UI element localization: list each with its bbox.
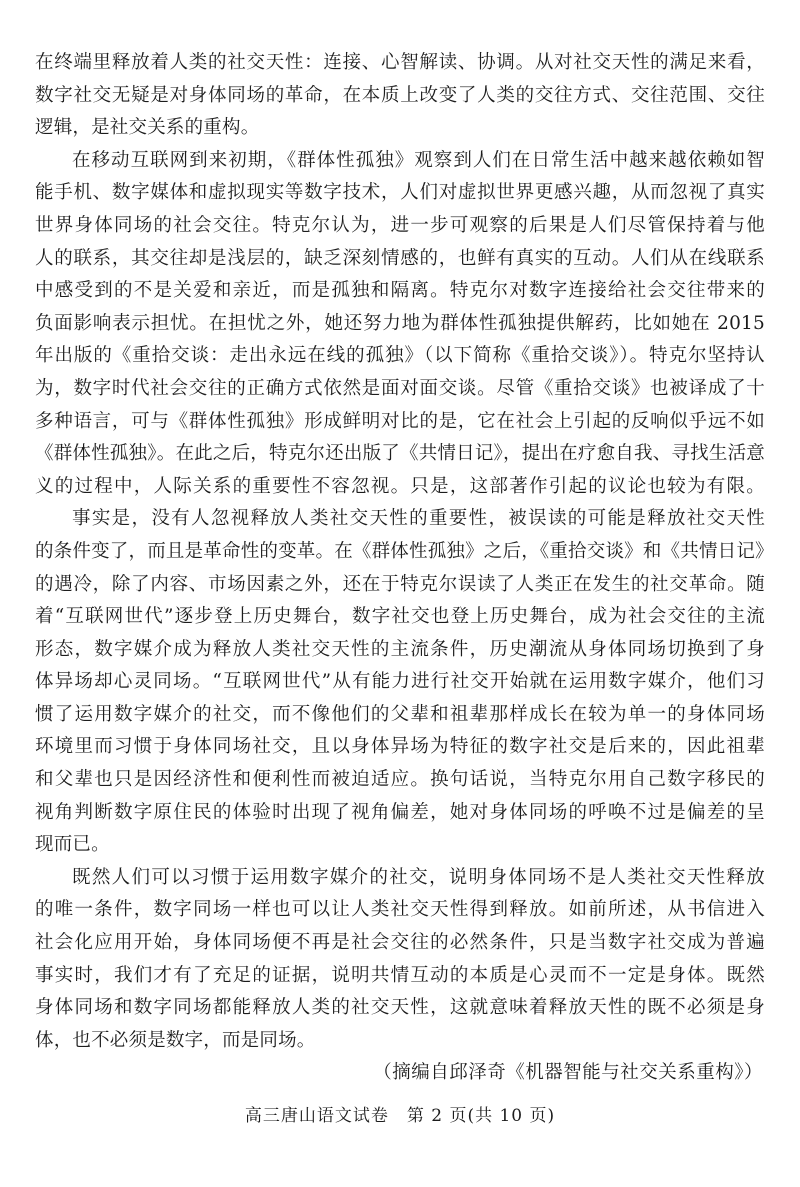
page-footer: 高三唐山语文试卷第 2 页(共 10 页) bbox=[0, 1101, 800, 1126]
text-line: 体异场却心灵同场。“互联网世代”从有能力进行社交开始就在运用数字媒介，他们习 bbox=[35, 666, 765, 699]
text-line: 数字社交无疑是对身体同场的革命，在本质上改变了人类的交往方式、交往范围、交往 bbox=[35, 80, 765, 113]
text-line: 既然人们可以习惯于运用数字媒介的社交，说明身体同场不是人类社交天性释放 bbox=[35, 862, 765, 895]
exam-page: 在终端里释放着人类的社交天性：连接、心智解读、协调。从对社交天性的满足来看，数字… bbox=[0, 0, 800, 1187]
text-line: 中感受到的不是关爱和亲近，而是孤独和隔离。特克尔对数字连接给社会交往带来的 bbox=[35, 275, 765, 308]
text-line: 逻辑，是社交关系的重构。 bbox=[35, 112, 765, 145]
text-line: 和父辈也只是因经济性和便利性而被迫适应。换句话说，当特克尔用自己数字移民的 bbox=[35, 764, 765, 797]
text-line: 人的联系，其交往却是浅层的，缺乏深刻情感的，也鲜有真实的互动。人们从在线联系 bbox=[35, 243, 765, 276]
text-line: 在移动互联网到来初期，《群体性孤独》观察到人们在日常生活中越来越依赖如智 bbox=[35, 145, 765, 178]
text-line: 能手机、数字媒体和虚拟现实等数字技术，人们对虚拟世界更感兴趣，从而忽视了真实 bbox=[35, 177, 765, 210]
text-line: 身体同场和数字同场都能释放人类的社交天性，这就意味着释放天性的既不必须是身 bbox=[35, 992, 765, 1025]
text-line: 事实是，没有人忽视释放人类社交天性的重要性，被误读的可能是释放社交天性 bbox=[35, 503, 765, 536]
text-line: 为，数字时代社会交往的正确方式依然是面对面交谈。尽管《重拾交谈》也被译成了十 bbox=[35, 373, 765, 406]
text-line: 形态，数字媒介成为释放人类社交天性的主流条件，历史潮流从身体同场切换到了身 bbox=[35, 634, 765, 667]
text-line: 的唯一条件，数字同场一样也可以让人类社交天性得到释放。如前所述，从书信进入 bbox=[35, 894, 765, 927]
article-body: 在终端里释放着人类的社交天性：连接、心智解读、协调。从对社交天性的满足来看，数字… bbox=[35, 47, 765, 1090]
text-line: 多种语言，可与《群体性孤独》形成鲜明对比的是，它在社会上引起的反响似乎远不如 bbox=[35, 406, 765, 439]
text-line: 《群体性孤独》。在此之后，特克尔还出版了《共情日记》，提出在疗愈自我、寻找生活意 bbox=[35, 438, 765, 471]
text-line: 义的过程中，人际关系的重要性不容忽视。只是，这部著作引起的议论也较为有限。 bbox=[35, 471, 765, 504]
text-line: 着“互联网世代”逐步登上历史舞台，数字社交也登上历史舞台，成为社会交往的主流 bbox=[35, 601, 765, 634]
text-line: 体，也不必须是数字，而是同场。 bbox=[35, 1025, 765, 1058]
text-line: 事实时，我们才有了充足的证据，说明共情互动的本质是心灵而不一定是身体。既然 bbox=[35, 960, 765, 993]
text-line: 社会化应用开始，身体同场便不再是社会交往的必然条件，只是当数字社交成为普遍 bbox=[35, 927, 765, 960]
text-line: 年出版的《重拾交谈：走出永远在线的孤独》（以下简称《重拾交谈》）。特克尔坚持认 bbox=[35, 340, 765, 373]
text-line: 的遇冷，除了内容、市场因素之外，还在于特克尔误读了人类正在发生的社交革命。随 bbox=[35, 569, 765, 602]
text-line: 世界身体同场的社会交往。特克尔认为，进一步可观察的后果是人们尽管保持着与他 bbox=[35, 210, 765, 243]
text-line: 环境里而习惯于身体同场社交，且以身体异场为特征的数字社交是后来的，因此祖辈 bbox=[35, 731, 765, 764]
footer-page-indicator: 第 2 页(共 10 页) bbox=[407, 1106, 555, 1126]
footer-exam-title: 高三唐山语文试卷 bbox=[245, 1106, 389, 1126]
text-line: 惯了运用数字媒介的社交，而不像他们的父辈和祖辈那样成长在较为单一的身体同场 bbox=[35, 699, 765, 732]
text-line: 的条件变了，而且是革命性的变革。在《群体性孤独》之后，《重拾交谈》和《共情日记》 bbox=[35, 536, 765, 569]
text-line: 视角判断数字原住民的体验时出现了视角偏差，她对身体同场的呼唤不过是偏差的呈 bbox=[35, 797, 765, 830]
attribution: （摘编自邱泽奇《机器智能与社交关系重构》） bbox=[35, 1057, 765, 1090]
text-line: 负面影响表示担忧。在担忧之外，她还努力地为群体性孤独提供解药，比如她在 2015 bbox=[35, 308, 765, 341]
text-line: 现而已。 bbox=[35, 829, 765, 862]
text-line: 在终端里释放着人类的社交天性：连接、心智解读、协调。从对社交天性的满足来看， bbox=[35, 47, 765, 80]
